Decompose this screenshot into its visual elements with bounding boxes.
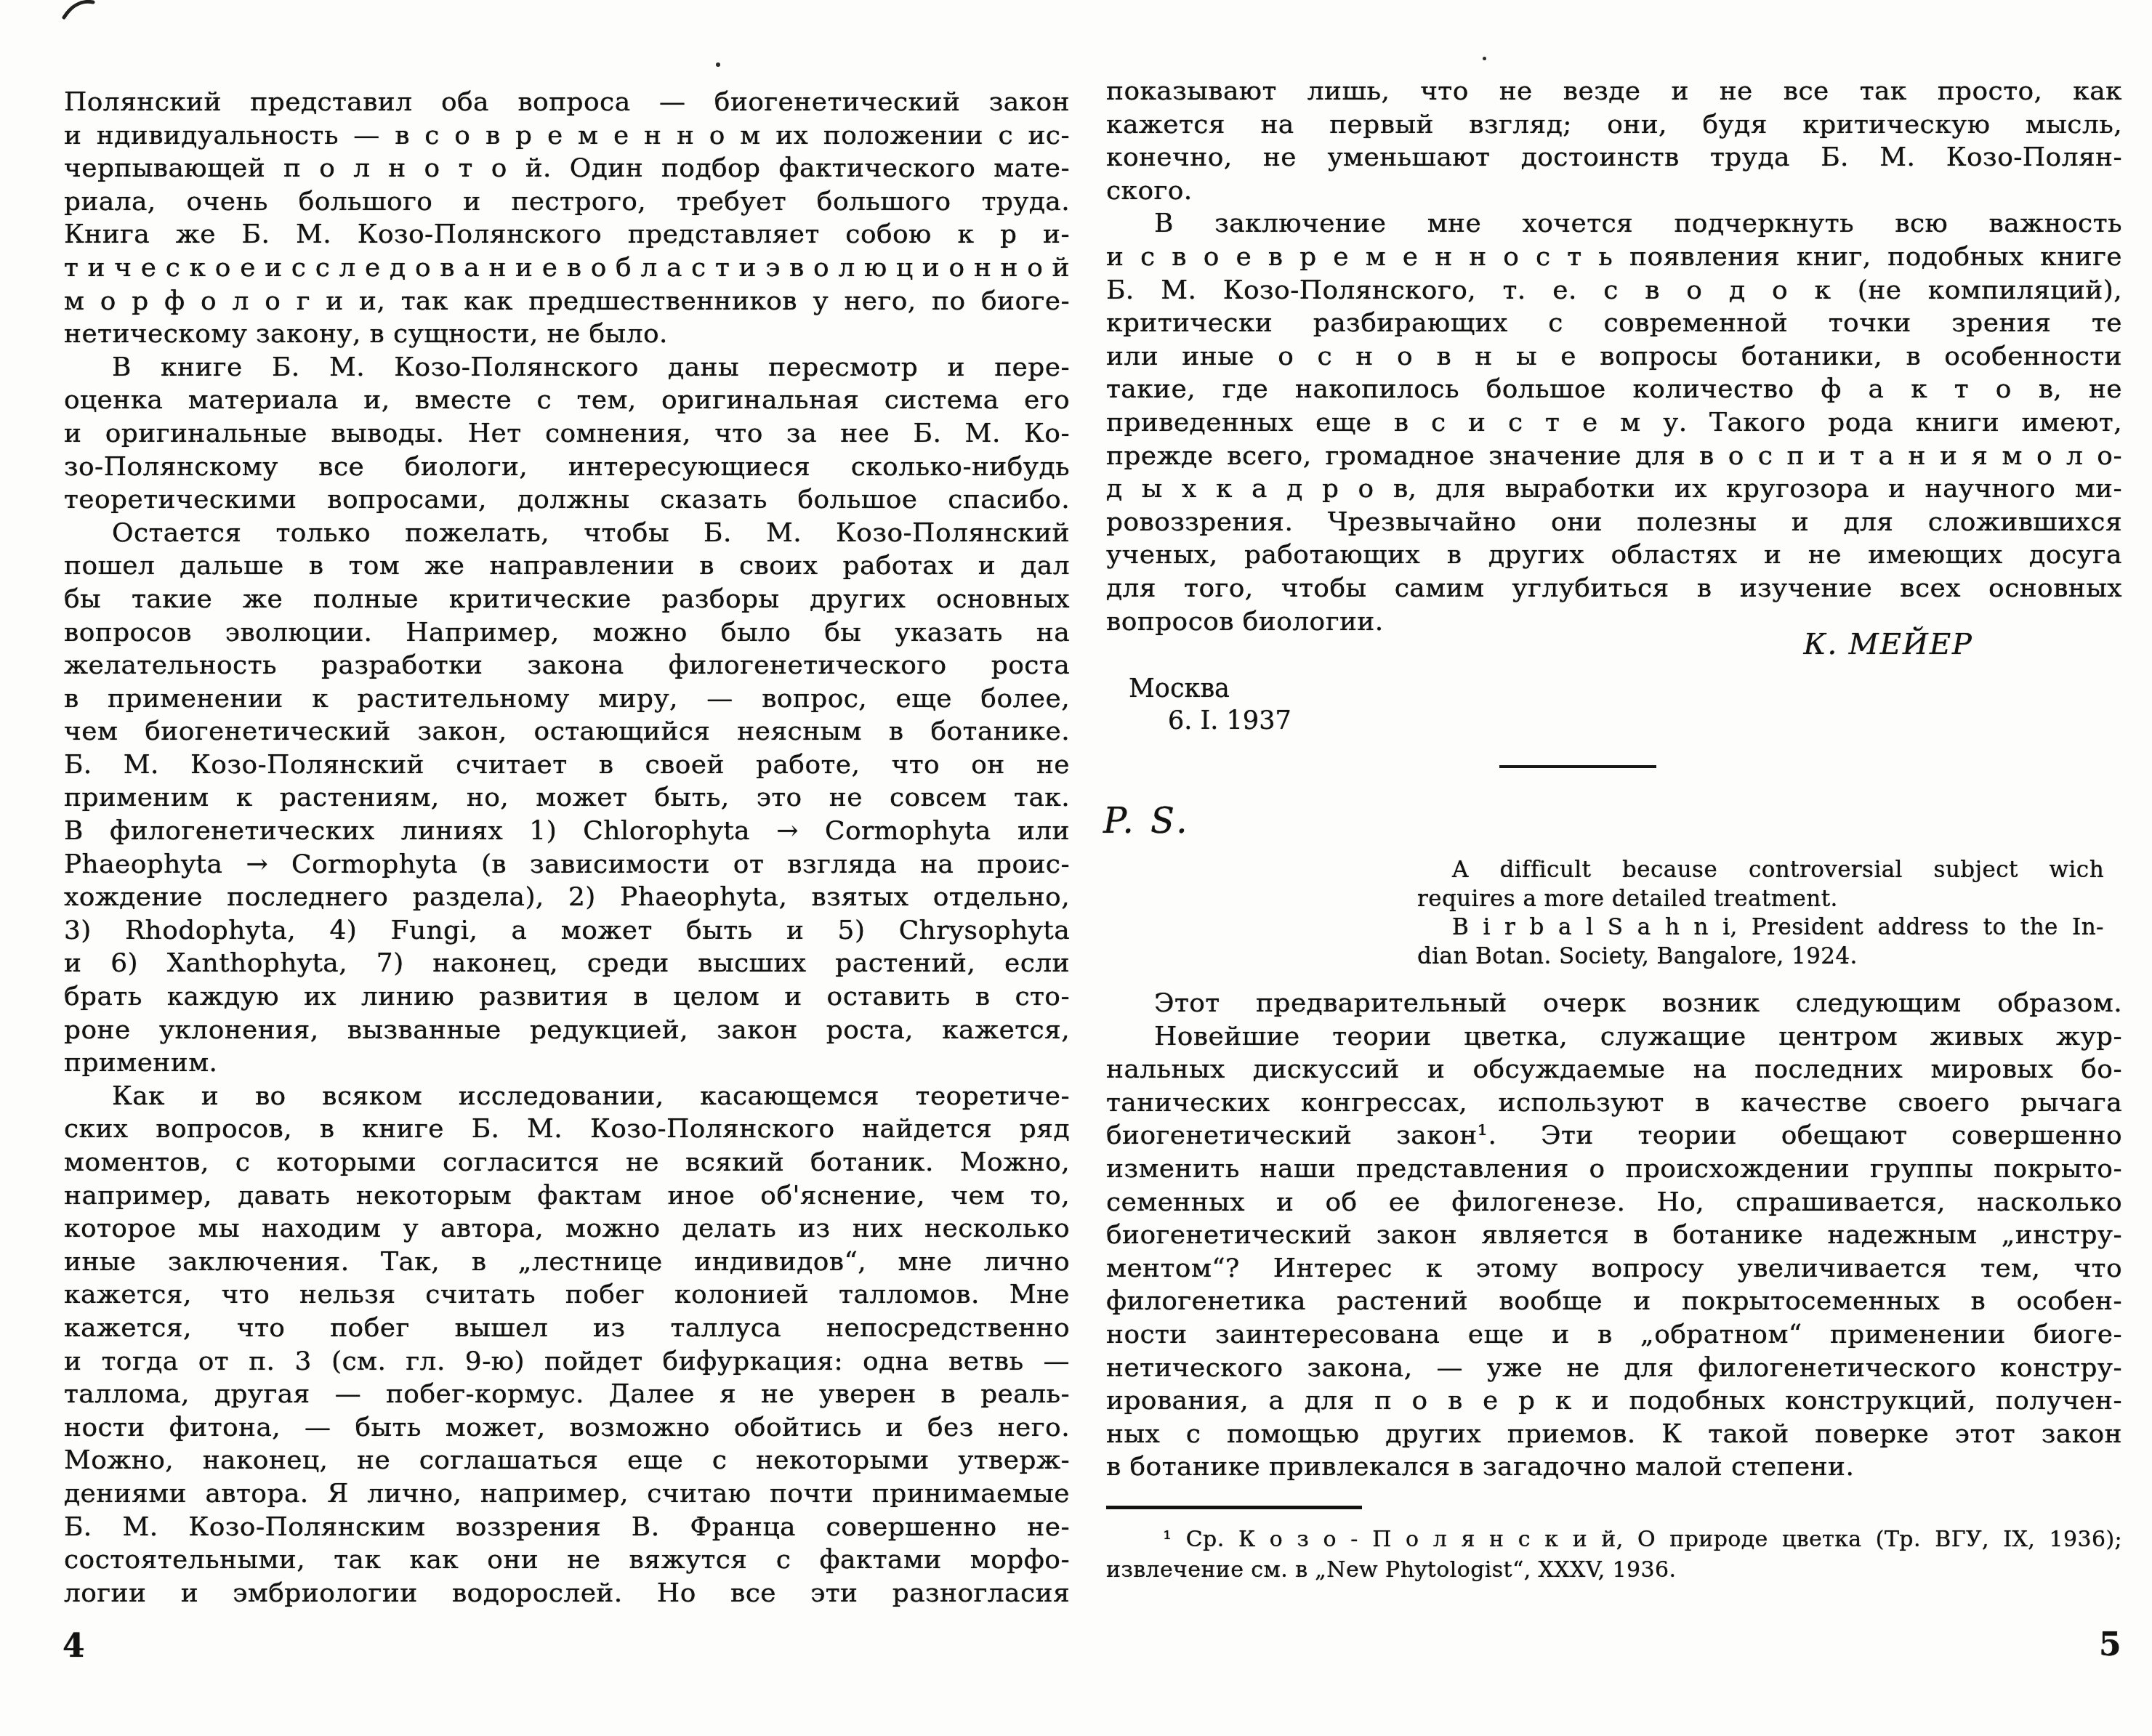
text-line: Остается только пожелать, чтобы Б. М. Ко… (64, 517, 1070, 550)
text-line: роне уклонения, вызванные редукцией, зак… (64, 1014, 1070, 1047)
text-line: ученых, работающих в других областях и н… (1106, 538, 2122, 572)
text-line: т и ч е с к о е и с с л е д о в а н и е … (64, 251, 1070, 285)
text-line: ирования, а для п о в е р к и подобных к… (1106, 1384, 2122, 1418)
text-line: биогенетический закон¹. Эти теории обеща… (1106, 1119, 2122, 1152)
text-line: биогенетический закон является в ботаник… (1106, 1219, 2122, 1252)
text-line: нетическому закону, в сущности, не было. (64, 318, 1070, 351)
text-line: желательность разработки закона филогене… (64, 649, 1070, 682)
text-line: применим к растениям, но, может быть, эт… (64, 781, 1070, 815)
text-line: Б. М. Козо-Полянским воззрения В. Франца… (64, 1511, 1070, 1544)
text-line: приведенных еще в с и с т е м у. Такого … (1106, 406, 2122, 440)
text-line: нальных дискуссий и обсуждаемые на после… (1106, 1053, 2122, 1086)
text-line: Б. М. Козо-Полянский считает в своей раб… (64, 748, 1070, 782)
postscript-label: P. S. (1103, 801, 1190, 841)
text-line: Этот предварительный очерк возник следую… (1106, 987, 2122, 1020)
ink-speck (1483, 57, 1486, 60)
text-line: прежде всего, громадное значение для в о… (1106, 440, 2122, 473)
text-line: логии и эмбриологии водорослей. Но все э… (64, 1577, 1070, 1610)
text-line: ности фитона, — быть может, возможно обо… (64, 1411, 1070, 1445)
left-page-text: Полянский представил оба вопроса — биоге… (64, 86, 1070, 1610)
text-line: ского. (1106, 174, 2122, 208)
text-line: Полянский представил оба вопроса — биоге… (64, 86, 1070, 119)
text-line: ровоззрения. Чрезвычайно они полезны и д… (1106, 506, 2122, 539)
text-line: бы такие же полные критические разборы д… (64, 583, 1070, 616)
text-line: семенных и об ее филогенезе. Но, спрашив… (1106, 1186, 2122, 1219)
text-line: такие, где накопилось большое количество… (1106, 373, 2122, 406)
text-line: Phaeophyta → Cormophyta (в зависимости о… (64, 848, 1070, 881)
reviewer-signature: К. МЕЙЕР (1106, 628, 2122, 661)
text-line: кажется, что нельзя считать побег колони… (64, 1278, 1070, 1312)
text-line: ных с помощью других приемов. К такой по… (1106, 1418, 2122, 1451)
text-line: зо-Полянскому все биологи, интересующиес… (64, 451, 1070, 484)
text-line: В филогенетических линиях 1) Chlorophyta… (64, 815, 1070, 848)
text-line: хождение последнего раздела), 2) Phaeoph… (64, 881, 1070, 914)
text-line: requires a more detailed treatment. (1417, 885, 2104, 914)
text-line: dian Botan. Society, Bangalore, 1924. (1417, 942, 2104, 972)
text-line: и ндивидуальность — в с о в р е м е н н … (64, 119, 1070, 153)
text-line: извлечение см. в „New Phytologist“, XXXV… (1106, 1555, 2122, 1586)
text-line: оценка материала и, вместе с тем, оригин… (64, 384, 1070, 417)
right-page-review-text: показывают лишь, что не везде и не все т… (1106, 75, 2122, 638)
text-line: например, давать некоторым фактам иное о… (64, 1179, 1070, 1213)
postscript-body-text: Этот предварительный очерк возник следую… (1106, 987, 2122, 1484)
text-line: ¹ Ср. К о з о - П о л я н с к и й, О при… (1106, 1525, 2122, 1555)
text-line: м о р ф о л о г и и, так как предшествен… (64, 285, 1070, 318)
signature-date: 6. I. 1937 (1168, 706, 1291, 735)
text-line: Новейшие теории цветка, служащие центром… (1106, 1020, 2122, 1054)
text-line: кажется на первый взгляд; они, будя крит… (1106, 108, 2122, 142)
text-line: A difficult because controversial subjec… (1417, 856, 2104, 885)
text-line: конечно, не уменьшают достоинств труда Б… (1106, 141, 2122, 174)
text-line: состоятельными, так как они не вяжутся с… (64, 1543, 1070, 1577)
text-line: филогенетика растений вообще и покрытосе… (1106, 1285, 2122, 1318)
text-line: моментов, с которыми согласится не всяки… (64, 1146, 1070, 1179)
text-line: ментом“? Интерес к этому вопросу увеличи… (1106, 1252, 2122, 1285)
text-line: и тогда от п. 3 (см. гл. 9-ю) пойдет биф… (64, 1345, 1070, 1378)
text-line: В книге Б. М. Козо-Полянского даны перес… (64, 351, 1070, 384)
text-line: Б. М. Козо-Полянского, т. е. с в о д о к… (1106, 274, 2122, 307)
left-page-number: 4 (63, 1628, 85, 1665)
text-line: черпывающей п о л н о т о й. Один подбор… (64, 152, 1070, 185)
text-line: В заключение мне хочется подчеркнуть всю… (1106, 207, 2122, 241)
ink-speck (716, 62, 720, 67)
text-line: нетического закона, — уже не для филоген… (1106, 1352, 2122, 1385)
text-line: и 6) Xanthophyta, 7) наконец, среди высш… (64, 947, 1070, 980)
text-line: критически разбирающих с современной точ… (1106, 307, 2122, 340)
text-line: и оригинальные выводы. Нет сомнения, что… (64, 417, 1070, 451)
text-line: Можно, наконец, не соглашаться еще с нек… (64, 1444, 1070, 1477)
text-line: таллома, другая — побег-кормус. Далее я … (64, 1378, 1070, 1411)
footnote-text: ¹ Ср. К о з о - П о л я н с к и й, О при… (1106, 1525, 2122, 1586)
text-line: в применении к растительному миру, — воп… (64, 682, 1070, 716)
text-line: д ы х к а д р о в, для выработки их круг… (1106, 472, 2122, 506)
text-line: изменить наши представления о происхожде… (1106, 1152, 2122, 1186)
text-line: применим. (64, 1046, 1070, 1080)
text-line: в ботанике привлекался в загадочно малой… (1106, 1450, 2122, 1484)
text-line: пошел дальше в том же направлении в свои… (64, 549, 1070, 583)
text-line: B i r b a l S a h n i, President address… (1417, 913, 2104, 942)
text-line: кажется, что побег вышел из таллуса непо… (64, 1312, 1070, 1345)
text-line: ских вопросов, в книге Б. М. Козо-Полянс… (64, 1113, 1070, 1146)
text-line: Как и во всяком исследовании, касающемся… (64, 1080, 1070, 1113)
book-spread: Полянский представил оба вопроса — биоге… (0, 0, 2152, 1736)
text-line: для того, чтобы самим углубиться в изуче… (1106, 572, 2122, 605)
text-line: чем биогенетический закон, остающийся не… (64, 715, 1070, 748)
text-line: дениями автора. Я лично, например, счита… (64, 1477, 1070, 1511)
text-line: теоретическими вопросами, должны сказать… (64, 483, 1070, 517)
ink-mark-icon (57, 0, 108, 22)
signature-place: Москва (1129, 674, 1230, 703)
text-line: которое мы находим у автора, можно делат… (64, 1212, 1070, 1246)
text-line: риала, очень большого и пестрого, требуе… (64, 185, 1070, 219)
epigraph-quote: A difficult because controversial subjec… (1417, 856, 2104, 971)
text-line: ности заинтересована еще и в „обратном“ … (1106, 1318, 2122, 1352)
text-line: или иные о с н о в н ы е вопросы ботаник… (1106, 340, 2122, 374)
text-line: показывают лишь, что не везде и не все т… (1106, 75, 2122, 108)
text-line: Книга же Б. М. Козо-Полянского представл… (64, 218, 1070, 251)
text-line: и с в о е в р е м е н н о с т ь появлени… (1106, 241, 2122, 274)
right-page-number: 5 (2099, 1626, 2121, 1663)
section-divider-rule (1499, 765, 1656, 768)
text-line: вопросов эволюции. Например, можно было … (64, 616, 1070, 650)
text-line: брать каждую их линию развития в целом и… (64, 980, 1070, 1014)
text-line: танических конгрессах, используют в каче… (1106, 1086, 2122, 1120)
text-line: 3) Rhodophyta, 4) Fungi, а может быть и … (64, 914, 1070, 948)
text-line: иные заключения. Так, в „лестнице индиви… (64, 1246, 1070, 1279)
footnote-rule (1106, 1506, 1362, 1509)
